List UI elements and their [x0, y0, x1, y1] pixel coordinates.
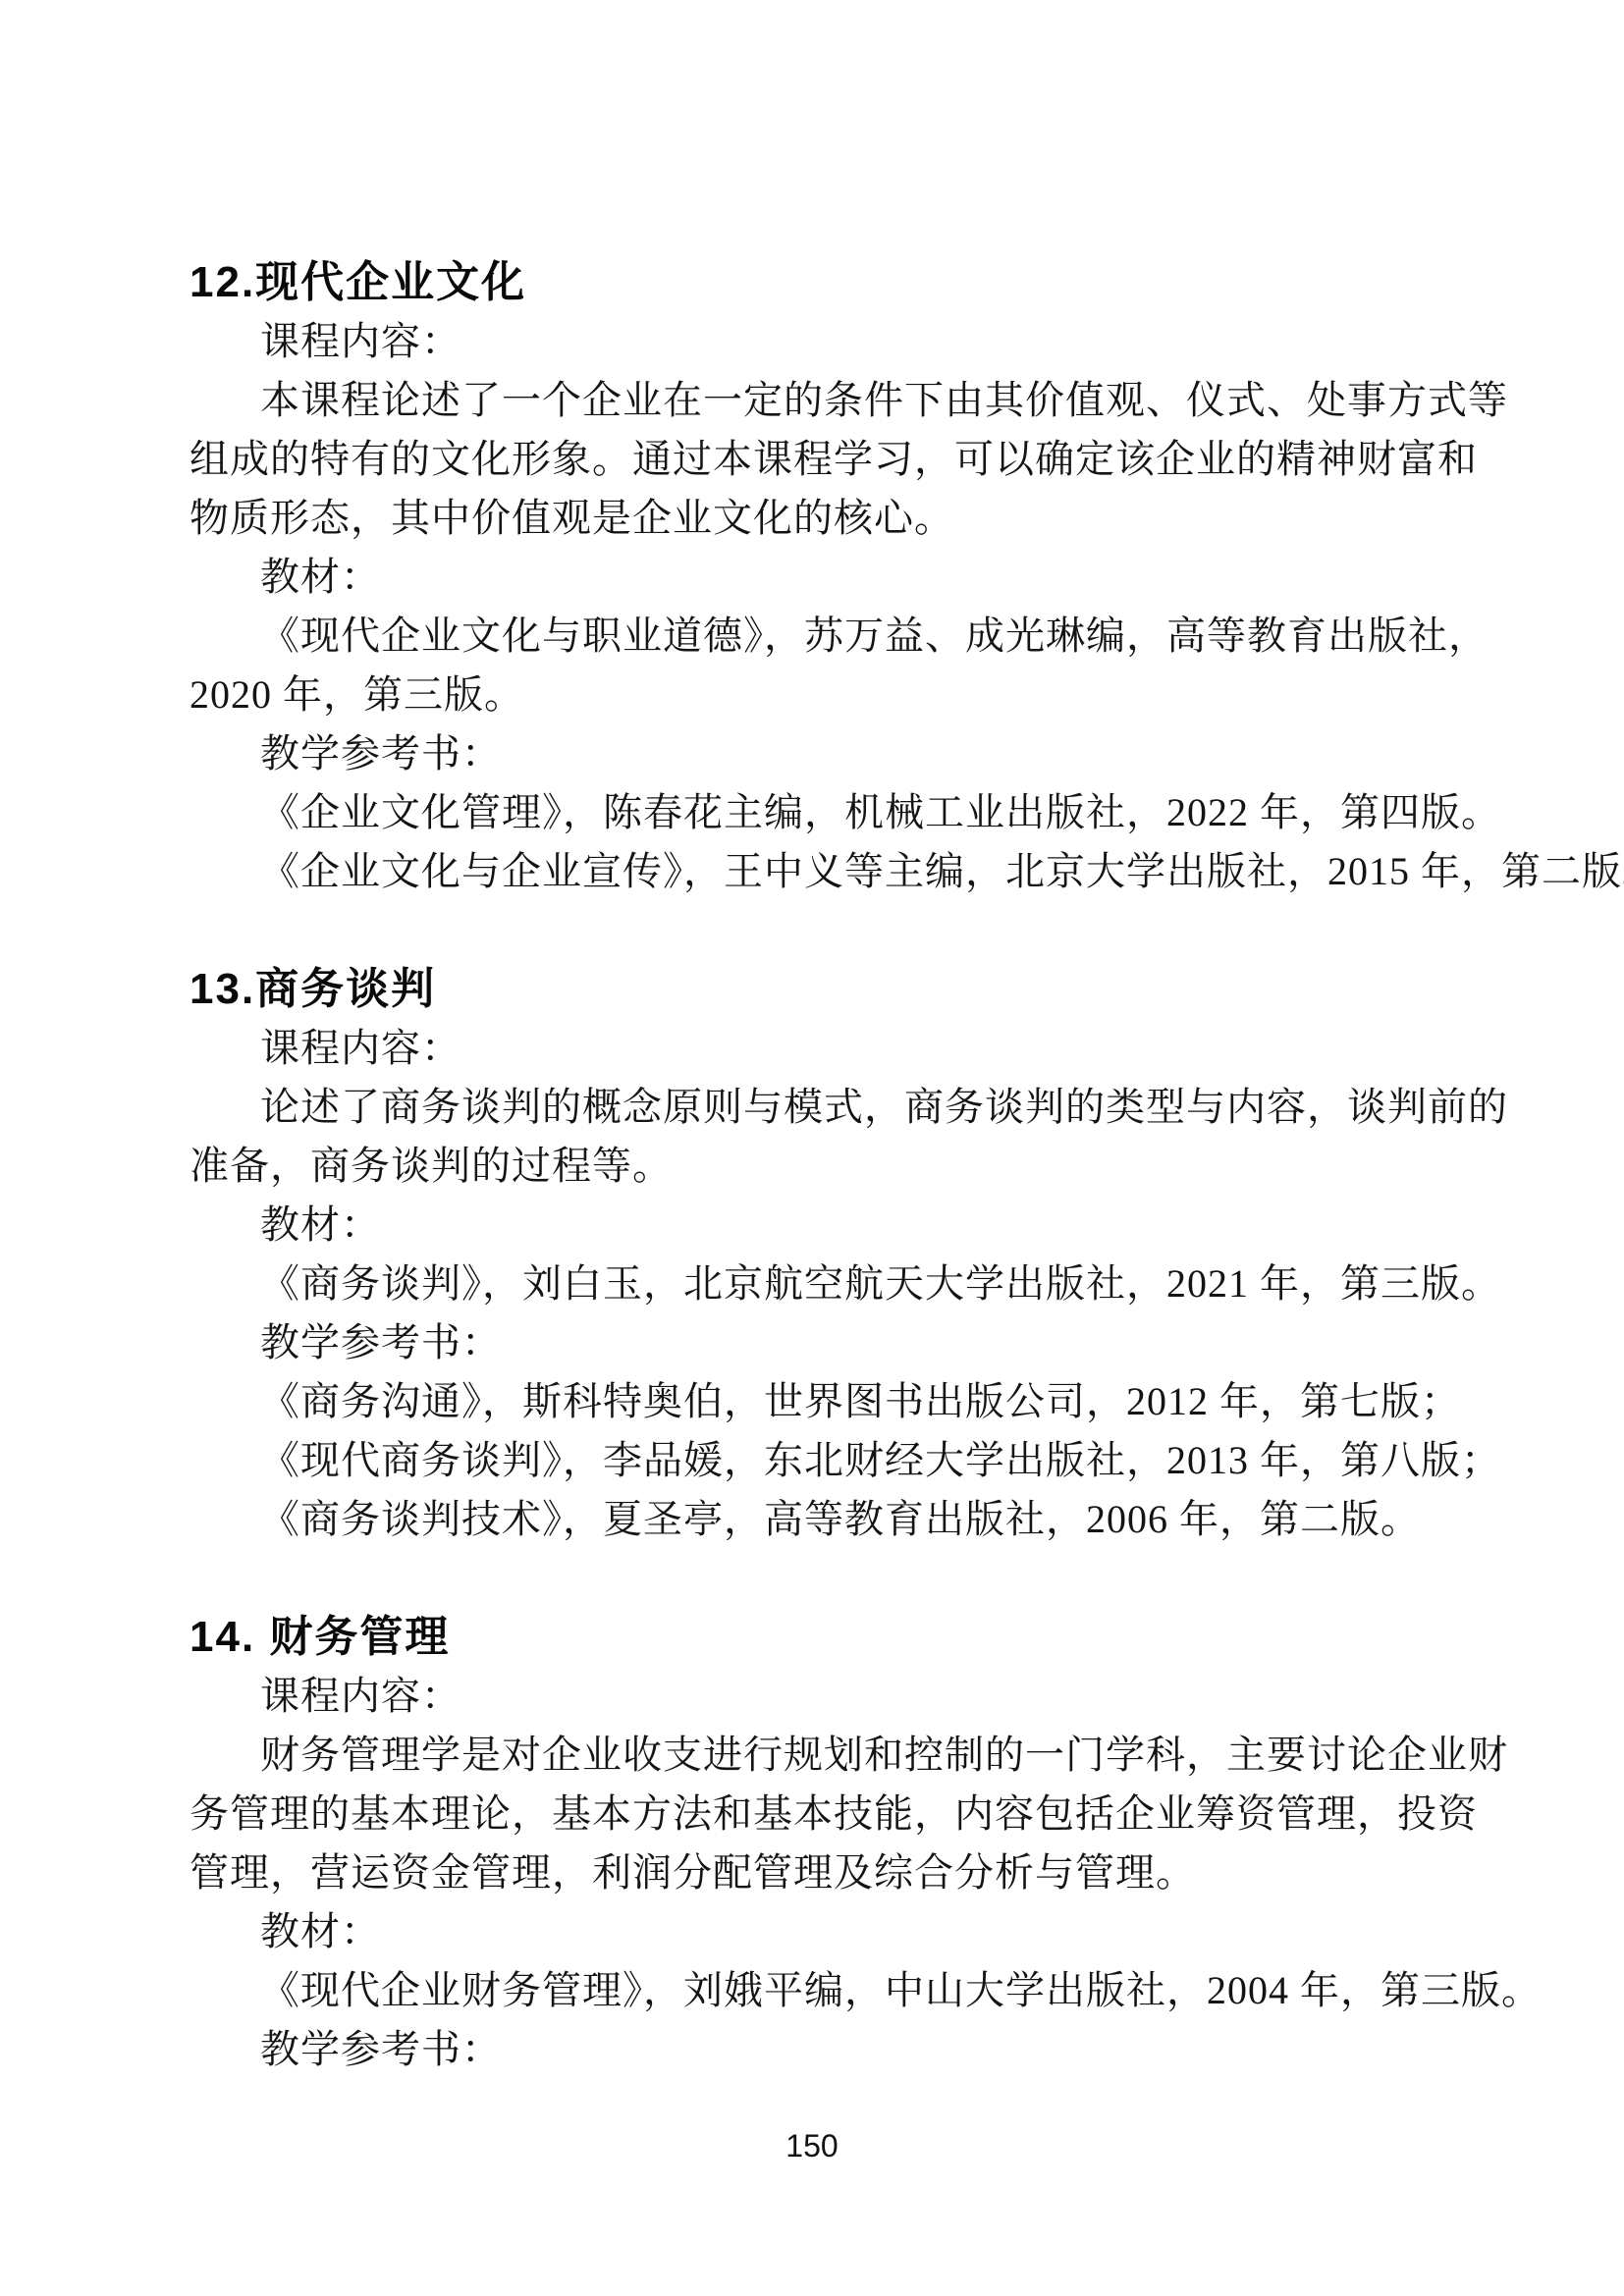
course-section: 13.商务谈判课程内容：论述了商务谈判的概念原则与模式，商务谈判的类型与内容，谈…: [189, 960, 1492, 1549]
document-body: 12.现代企业文化课程内容：本课程论述了一个企业在一定的条件下由其价值观、仪式、…: [189, 253, 1492, 2079]
course-section: 14. 财务管理课程内容：财务管理学是对企业收支进行规划和控制的一门学科，主要讨…: [189, 1608, 1492, 2079]
document-text-line: 《商务沟通》，斯科特奥伯，世界图书出版公司，2012 年，第七版；: [189, 1372, 1492, 1431]
document-page: 12.现代企业文化课程内容：本课程论述了一个企业在一定的条件下由其价值观、仪式、…: [0, 0, 1624, 2296]
document-text-line: 《现代企业财务管理》，刘娥平编，中山大学出版社，2004 年，第三版。: [189, 1961, 1492, 2020]
section-heading: 12.现代企业文化: [189, 253, 1492, 312]
document-text-line: 《企业文化管理》，陈春花主编，机械工业出版社，2022 年，第四版。: [189, 783, 1492, 842]
document-text-line: 课程内容：: [189, 312, 1492, 371]
document-text-line: 教学参考书：: [189, 1313, 1492, 1372]
document-text-line: 课程内容：: [189, 1019, 1492, 1078]
document-text-line: 准备，商务谈判的过程等。: [189, 1137, 1492, 1196]
document-text-line: 2020 年，第三版。: [189, 666, 1492, 724]
section-heading: 14. 财务管理: [189, 1608, 1492, 1667]
document-text-line: 《商务谈判技术》，夏圣亭，高等教育出版社，2006 年，第二版。: [189, 1490, 1492, 1549]
section-heading: 13.商务谈判: [189, 960, 1492, 1019]
document-text-line: 教材：: [189, 1902, 1492, 1961]
page-footer: 150: [0, 2128, 1624, 2163]
document-text-line: 《商务谈判》，刘白玉，北京航空航天大学出版社，2021 年，第三版。: [189, 1255, 1492, 1313]
document-text-line: 论述了商务谈判的概念原则与模式，商务谈判的类型与内容，谈判前的: [189, 1078, 1492, 1137]
document-text-line: 课程内容：: [189, 1667, 1492, 1726]
course-section: 12.现代企业文化课程内容：本课程论述了一个企业在一定的条件下由其价值观、仪式、…: [189, 253, 1492, 901]
document-text-line: 财务管理学是对企业收支进行规划和控制的一门学科，主要讨论企业财: [189, 1726, 1492, 1785]
document-text-line: 管理，营运资金管理，利润分配管理及综合分析与管理。: [189, 1843, 1492, 1902]
document-text-line: 组成的特有的文化形象。通过本课程学习，可以确定该企业的精神财富和: [189, 430, 1492, 489]
document-text-line: 《现代企业文化与职业道德》，苏万益、成光琳编，高等教育出版社，: [189, 607, 1492, 666]
document-text-line: 《现代商务谈判》，李品媛，东北财经大学出版社，2013 年，第八版；: [189, 1431, 1492, 1490]
document-text-line: 教学参考书：: [189, 724, 1492, 783]
document-text-line: 教材：: [189, 548, 1492, 607]
document-text-line: 教材：: [189, 1196, 1492, 1255]
document-text-line: 本课程论述了一个企业在一定的条件下由其价值观、仪式、处事方式等: [189, 371, 1492, 430]
document-text-line: 《企业文化与企业宣传》，王中义等主编，北京大学出版社，2015 年，第二版。: [189, 842, 1492, 901]
page-number: 150: [785, 2128, 838, 2163]
document-text-line: 教学参考书：: [189, 2020, 1492, 2079]
document-text-line: 物质形态，其中价值观是企业文化的核心。: [189, 489, 1492, 548]
document-text-line: 务管理的基本理论，基本方法和基本技能，内容包括企业筹资管理，投资: [189, 1785, 1492, 1843]
